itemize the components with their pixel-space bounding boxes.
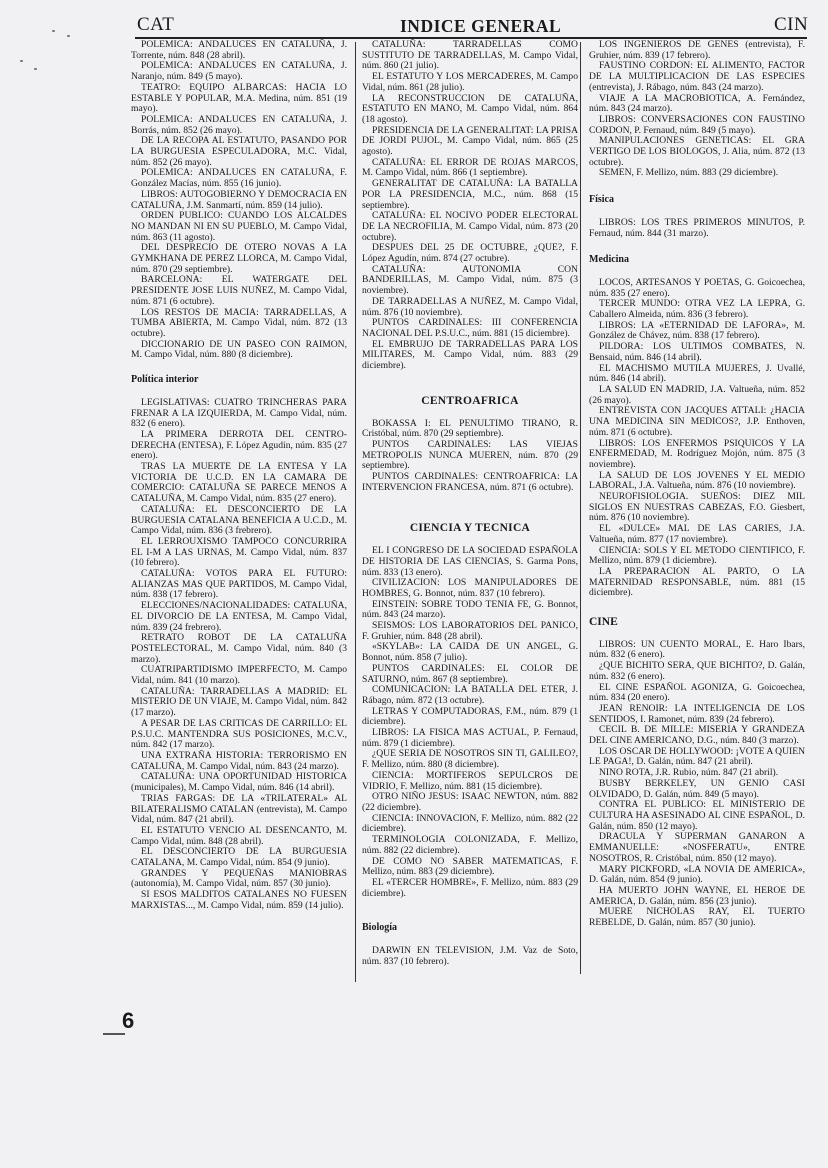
index-entry: SI ESOS MALDITOS CATALANES NO FUESEN MAR… [131,890,347,911]
index-entry: LIBROS: LOS ENFERMOS PSIQUICOS Y LA ENFE… [589,439,805,471]
page-title: INDICE GENERAL [400,16,561,37]
index-entry: CATALUÑA: VOTOS PARA EL FUTURO: ALIANZAS… [131,569,347,601]
index-entry: EL DESCONCIERTO DE LA BURGUESIA CATALANA… [131,847,347,868]
index-entry: LA SALUD DE LOS JOVENES Y EL MEDIO LABOR… [589,471,805,492]
index-entry: DESPUES DEL 25 DE OCTUBRE, ¿QUE?, F. Lóp… [362,243,578,264]
entry-list: LIBROS: UN CUENTO MORAL, E. Haro Ibars, … [589,640,805,929]
section-title-politica-interior: Política interior [131,375,347,386]
margin-mark [103,1033,125,1035]
index-entry: DICCIONARIO DE UN PASEO CON RAIMON, M. C… [131,340,347,361]
section-title-cine: CINE [589,617,805,628]
index-page: CAT INDICE GENERAL CIN POLEMICA: ANDALUC… [0,0,828,1168]
index-entry: EL MACHISMO MUTILA MUJERES, J. Uvallé, n… [589,364,805,385]
index-entry: PUNTOS CARDINALES: LAS VIEJAS METROPOLIS… [362,440,578,472]
index-entry: CATALUÑA: TARRADELLAS COMO SUSTITUTO DE … [362,40,578,72]
index-entry: EL «TERCER HOMBRE», F. Mellizo, núm. 883… [362,878,578,899]
index-entry: RETRATO ROBOT DE LA CATALUÑA POSTELECTOR… [131,633,347,665]
index-entry: LOS RESTOS DE MACIA: TARRADELLAS, A TUMB… [131,308,347,340]
index-entry: DE LA RECOPA AL ESTATUTO, PASANDO POR LA… [131,136,347,168]
entry-list: BOKASSA I: EL PENULTIMO TIRANO, R. Crist… [362,419,578,494]
index-entry: CATALUÑA: AUTONOMIA CON BANDERILLAS, M. … [362,265,578,297]
section-title-medicina: Medicina [589,255,805,266]
index-entry: LA PREPARACION AL PARTO, O LA MATERNIDAD… [589,567,805,599]
index-entry: CATALUÑA: EL DESCONCIERTO DE LA BURGUESI… [131,505,347,537]
index-entry: TEATRO: EQUIPO ALBARCAS: HACIA LO ESTABL… [131,83,347,115]
header-right-guide-word: CIN [774,14,808,36]
entry-list: DARWIN EN TELEVISION, J.M. Vaz de Soto, … [362,946,578,967]
index-entry: GRANDES Y PEQUEÑAS MANIOBRAS (autonomía)… [131,869,347,890]
index-entry: EL EMBRUJO DE TARRADELLAS PARA LOS MILIT… [362,340,578,372]
index-entry: TRAS LA MUERTE DE LA ENTESA Y LA VICTORI… [131,462,347,505]
index-entry: HA MUERTO JOHN WAYNE, EL HEROE DE AMERIC… [589,886,805,907]
index-entry: FAUSTINO CORDON: EL ALIMENTO, FACTOR DE … [589,61,805,93]
index-entry: SEMEN, F. Mellizo, núm. 883 (29 diciembr… [589,168,805,179]
entry-list: POLEMICA: ANDALUCES EN CATALUÑA, J. Torr… [131,40,347,361]
index-entry: DE TARRADELLAS A NUÑEZ, M. Campo Vidal, … [362,297,578,318]
index-entry: ¿QUE BICHITO SERA, QUE BICHITO?, D. Galá… [589,661,805,682]
paper-speck [52,30,55,32]
entry-list: LIBROS: LOS TRES PRIMEROS MINUTOS, P. Fe… [589,218,805,239]
index-entry: «SKYLAB»: LA CAIDA DE UN ANGEL, G. Bonno… [362,642,578,663]
index-entry: CIENCIA: MORTIFEROS SEPULCROS DE VIDRIO,… [362,771,578,792]
index-entry: EL ESTATUTO VENCIO AL DESENCANTO, M. Cam… [131,826,347,847]
index-entry: NEUROFISIOLOGIA. SUEÑOS: DIEZ MIL SIGLOS… [589,492,805,524]
paper-speck [67,35,70,37]
index-entry: LA RECONSTRUCCION DE CATALUÑA, ESTATUTO … [362,94,578,126]
index-entry: LOS OSCAR DE HOLLYWOOD: ¡VOTE A QUIEN LE… [589,747,805,768]
header-left-guide-word: CAT [137,14,174,36]
index-entry: CUATRIPARTIDISMO IMPERFECTO, M. Campo Vi… [131,665,347,686]
index-entry: PUNTOS CARDINALES: EL COLOR DE SATURNO, … [362,664,578,685]
index-entry: JEAN RENOIR: LA INTELIGENCIA DE LOS SENT… [589,704,805,725]
paper-speck [34,68,37,70]
index-entry: CIENCIA: SOLS Y EL METODO CIENTIFICO, F.… [589,546,805,567]
index-entry: POLEMICA: ANDALUCES EN CATALUÑA, J. Torr… [131,40,347,61]
page-number: 6 [122,1008,134,1034]
index-entry: EL «DULCE» MAL DE LAS CARIES, J.A. Valtu… [589,524,805,545]
index-entry: CECIL B. DE MILLE: MISERIA Y GRANDEZA DE… [589,725,805,746]
entry-list: LOCOS, ARTESANOS Y POETAS, G. Goicoechea… [589,278,805,599]
section-title-fisica: Física [589,195,805,206]
index-entry: TRIAS FARGAS: DE LA «TRILATERAL» AL BILA… [131,794,347,826]
entry-list: CATALUÑA: TARRADELLAS COMO SUSTITUTO DE … [362,40,578,372]
index-entry: EINSTEIN: SOBRE TODO TENIA FE, G. Bonnot… [362,600,578,621]
index-entry: CATALUÑA: EL ERROR DE ROJAS MARCOS, M. C… [362,158,578,179]
index-entry: DARWIN EN TELEVISION, J.M. Vaz de Soto, … [362,946,578,967]
index-entry: SEISMOS: LOS LABORATORIOS DEL PANICO, F.… [362,621,578,642]
index-entry: LIBROS: LA «ETERNIDAD DE LAFORA», M. Gon… [589,321,805,342]
column-divider [580,42,581,974]
section-title-biologia: Biología [362,923,578,934]
index-entry: LOS INGENIEROS DE GENES (entrevista), F.… [589,40,805,61]
index-entry: LIBROS: LOS TRES PRIMEROS MINUTOS, P. Fe… [589,218,805,239]
index-entry: POLEMICA: ANDALUCES EN CATALUÑA, J. Nara… [131,61,347,82]
index-entry: TERMINOLOGIA COLONIZADA, F. Mellizo, núm… [362,835,578,856]
index-entry: GENERALITAT DE CATALUÑA: LA BATALLA POR … [362,179,578,211]
entry-list: LOS INGENIEROS DE GENES (entrevista), F.… [589,40,805,179]
index-entry: LA SALUD EN MADRID, J.A. Valtueña, núm. … [589,385,805,406]
column-3: LOS INGENIEROS DE GENES (entrevista), F.… [589,40,805,929]
index-entry: ELECCIONES/NACIONALIDADES: CATALUÑA, EL … [131,601,347,633]
index-entry: MANIPULACIONES GENETICAS: EL GRA VERTIGO… [589,136,805,168]
index-entry: ORDEN PUBLICO: CUANDO LOS ALCALDES NO MA… [131,211,347,243]
index-entry: CIVILIZACION: LOS MANIPULADORES DE HOMBR… [362,578,578,599]
column-2: CATALUÑA: TARRADELLAS COMO SUSTITUTO DE … [362,40,578,967]
section-title-centroafrica: CENTROAFRICA [362,396,578,407]
index-entry: PUNTOS CARDINALES: CENTROAFRICA: LA INTE… [362,472,578,493]
index-entry: CATALUÑA: EL NOCIVO PODER ELECTORAL DE L… [362,211,578,243]
index-entry: BARCELONA: EL WATERGATE DEL PRESIDENTE J… [131,275,347,307]
index-entry: BOKASSA I: EL PENULTIMO TIRANO, R. Crist… [362,419,578,440]
index-entry: MARY PICKFORD, «LA NOVIA DE AMERICA», D.… [589,865,805,886]
index-entry: PUNTOS CARDINALES: III CONFERENCIA NACIO… [362,318,578,339]
entry-list: EL I CONGRESO DE LA SOCIEDAD ESPAÑOLA DE… [362,546,578,899]
index-entry: EL I CONGRESO DE LA SOCIEDAD ESPAÑOLA DE… [362,546,578,578]
index-entry: BUSBY BERKELEY, UN GENIO CASI OLVIDADO, … [589,779,805,800]
index-entry: UNA EXTRAÑA HISTORIA: TERRORISMO EN CATA… [131,751,347,772]
entry-list: LEGISLATIVAS: CUATRO TRINCHERAS PARA FRE… [131,398,347,912]
index-entry: POLEMICA: ANDALUCES EN CATALUÑA, J. Borr… [131,115,347,136]
index-entry: DEL DESPRECIO DE OTERO NOVAS A LA GYMKHA… [131,243,347,275]
index-entry: EL CINE ESPAÑOL AGONIZA, G. Goicoechea, … [589,683,805,704]
index-entry: POLEMICA: ANDALUCES EN CATALUÑA, F. Gonz… [131,168,347,189]
index-entry: LIBROS: CONVERSACIONES CON FAUSTINO CORD… [589,115,805,136]
index-entry: CATALUÑA: UNA OPORTUNIDAD HISTORICA (mun… [131,772,347,793]
index-entry: LOCOS, ARTESANOS Y POETAS, G. Goicoechea… [589,278,805,299]
index-entry: LIBROS: AUTOGOBIERNO Y DEMOCRACIA EN CAT… [131,190,347,211]
index-entry: PRESIDENCIA DE LA GENERALITAT: LA PRISA … [362,126,578,158]
index-entry: OTRO NIÑO JESUS: ISAAC NEWTON, núm. 882 … [362,792,578,813]
index-entry: DE COMO NO SABER MATEMATICAS, F. Mellizo… [362,857,578,878]
index-entry: LA PRIMERA DERROTA DEL CENTRO-DERECHA (E… [131,430,347,462]
column-divider [355,42,356,982]
index-entry: ¿QUE SERIA DE NOSOTROS SIN TI, GALILEO?,… [362,749,578,770]
paper-speck [20,60,23,62]
section-title-ciencia: CIENCIA Y TECNICA [362,523,578,534]
index-entry: DRACULA Y SUPERMAN GANARON A EMMANUELLE:… [589,832,805,864]
index-entry: MUERE NICHOLAS RAY, EL TUERTO REBELDE, D… [589,907,805,928]
index-entry: EL LERROUXISMO TAMPOCO CONCURRIRA EL I-M… [131,537,347,569]
index-entry: PILDORA: LOS ULTIMOS COMBATES, N. Bensai… [589,342,805,363]
index-entry: VIAJE A LA MACROBIOTICA, A. Fernández, n… [589,94,805,115]
column-1: POLEMICA: ANDALUCES EN CATALUÑA, J. Torr… [131,40,347,912]
index-entry: LEGISLATIVAS: CUATRO TRINCHERAS PARA FRE… [131,398,347,430]
index-entry: LIBROS: UN CUENTO MORAL, E. Haro Ibars, … [589,640,805,661]
index-entry: EL ESTATUTO Y LOS MERCADERES, M. Campo V… [362,72,578,93]
index-entry: LIBROS: LA FISICA MAS ACTUAL, P. Fernaud… [362,728,578,749]
index-entry: A PESAR DE LAS CRITICAS DE CARRILLO: EL … [131,719,347,751]
index-entry: COMUNICACION: LA BATALLA DEL ETER, J. Rá… [362,685,578,706]
index-entry: CONTRA EL PUBLICO: EL MINISTERIO DE CULT… [589,800,805,832]
index-entry: CIENCIA: INNOVACION, F. Mellizo, núm. 88… [362,814,578,835]
index-entry: TERCER MUNDO: OTRA VEZ LA LEPRA, G. Caba… [589,299,805,320]
index-entry: LETRAS Y COMPUTADORAS, F.M., núm. 879 (1… [362,707,578,728]
index-entry: CATALUÑA: TARRADELLAS A MADRID: EL MISTE… [131,687,347,719]
index-entry: ENTREVISTA CON JACQUES ATTALI: ¿HACIA UN… [589,406,805,438]
